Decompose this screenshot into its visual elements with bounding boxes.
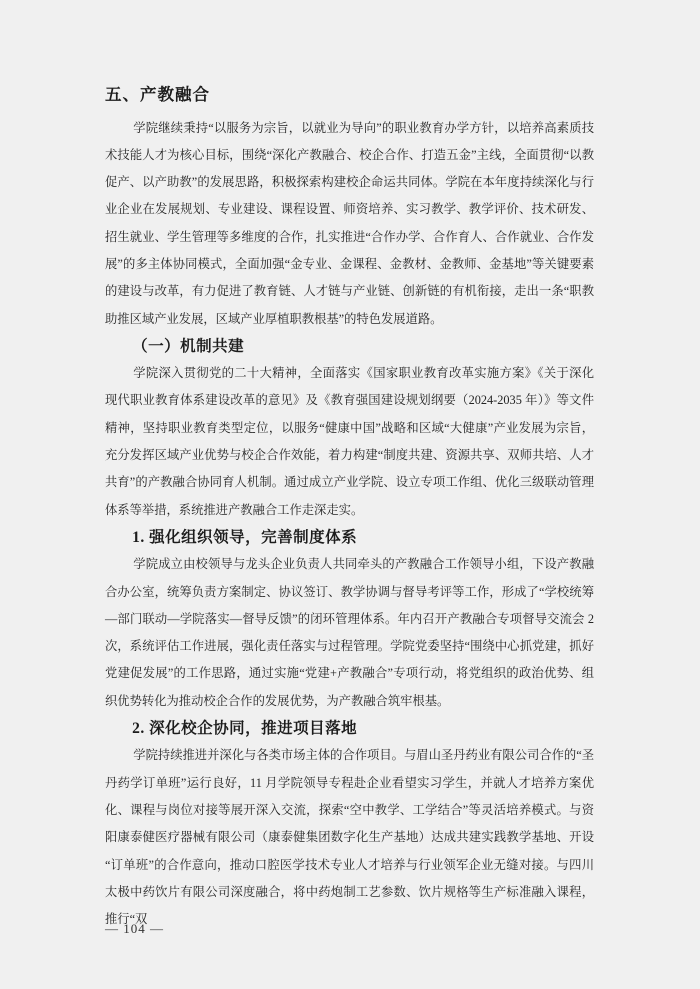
page-number: — 104 — bbox=[105, 915, 164, 942]
paragraph-overview: 学院继续秉持“以服务为宗旨，以就业为导向”的职业教育办学方针，以培养高素质技术技… bbox=[105, 115, 594, 333]
paragraph-collaboration-projects: 学院持续推进并深化与各类市场主体的合作项目。与眉山圣丹药业有限公司合作的“圣丹药… bbox=[105, 742, 594, 933]
heading-school-enterprise-collaboration: 2. 深化校企协同，推进项目落地 bbox=[105, 715, 594, 742]
document-content: 五、产教融合 学院继续秉持“以服务为宗旨，以就业为导向”的职业教育办学方针，以培… bbox=[105, 81, 594, 933]
paragraph-organization: 学院成立由校领导与龙头企业负责人共同牵头的产教融合工作领导小组，下设产教融合办公… bbox=[105, 551, 594, 715]
document-page: 五、产教融合 学院继续秉持“以服务为宗旨，以就业为导向”的职业教育办学方针，以培… bbox=[0, 0, 700, 989]
paragraph-mechanism: 学院深入贯彻党的二十大精神，全面落实《国家职业教育改革实施方案》《关于深化现代职… bbox=[105, 360, 594, 524]
section-title: 五、产教融合 bbox=[105, 81, 594, 109]
heading-organization-leadership: 1. 强化组织领导，完善制度体系 bbox=[105, 524, 594, 551]
heading-mechanism-co-construction: （一）机制共建 bbox=[105, 333, 594, 360]
